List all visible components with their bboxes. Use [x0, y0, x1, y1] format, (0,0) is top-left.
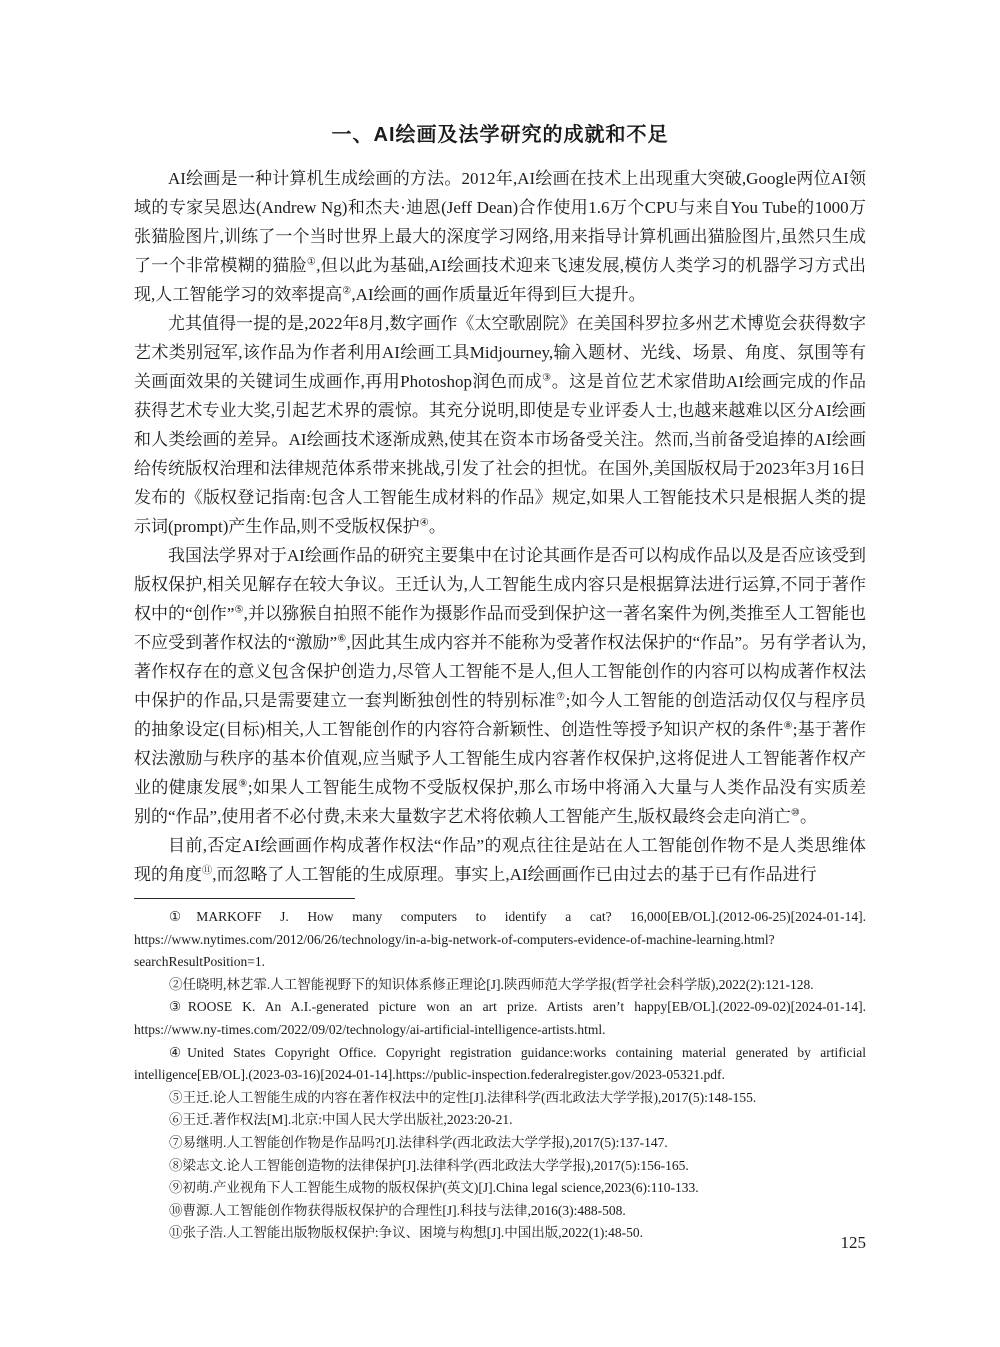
- page-number: 125: [841, 1233, 867, 1253]
- footnote-10: ⑩曹源.人工智能创作物获得版权保护的合理性[J].科技与法律,2016(3):4…: [134, 1200, 866, 1223]
- footnote-11: ⑪张子浩.人工智能出版物版权保护:争议、困境与构想[J].中国出版,2022(1…: [134, 1222, 866, 1245]
- footnote-1: ①MARKOFF J. How many computers to identi…: [134, 906, 866, 974]
- footnote-2: ②任晓明,林艺霏.人工智能视野下的知识体系修正理论[J].陕西师范大学学报(哲学…: [134, 974, 866, 997]
- footnote-separator: [134, 898, 355, 899]
- footnote-3: ③ROOSE K. An A.I.-generated picture won …: [134, 996, 866, 1041]
- footnotes-section: ①MARKOFF J. How many computers to identi…: [134, 906, 866, 1245]
- footnote-9: ⑨初萌.产业视角下人工智能生成物的版权保护(英文)[J].China legal…: [134, 1177, 866, 1200]
- footnote-8: ⑧梁志文.论人工智能创造物的法律保护[J].法律科学(西北政法大学学报),201…: [134, 1155, 866, 1178]
- footnote-4: ④United States Copyright Office. Copyrig…: [134, 1042, 866, 1087]
- footnote-6: ⑥王迁.著作权法[M].北京:中国人民大学出版社,2023:20-21.: [134, 1109, 866, 1132]
- body-paragraph-1: AI绘画是一种计算机生成绘画的方法。2012年,AI绘画在技术上出现重大突破,G…: [134, 164, 866, 309]
- article-body: AI绘画是一种计算机生成绘画的方法。2012年,AI绘画在技术上出现重大突破,G…: [134, 164, 866, 889]
- footnote-7: ⑦易继明.人工智能创作物是作品吗?[J].法律科学(西北政法大学学报),2017…: [134, 1132, 866, 1155]
- page-body: 一、AI绘画及法学研究的成就和不足 AI绘画是一种计算机生成绘画的方法。2012…: [134, 122, 866, 1245]
- section-heading: 一、AI绘画及法学研究的成就和不足: [134, 122, 866, 148]
- body-paragraph-3: 我国法学界对于AI绘画作品的研究主要集中在讨论其画作是否可以构成作品以及是否应该…: [134, 541, 866, 831]
- footnote-5: ⑤王迁.论人工智能生成的内容在著作权法中的定性[J].法律科学(西北政法大学学报…: [134, 1087, 866, 1110]
- body-paragraph-2: 尤其值得一提的是,2022年8月,数字画作《太空歌剧院》在美国科罗拉多州艺术博览…: [134, 309, 866, 541]
- body-paragraph-4: 目前,否定AI绘画画作构成著作权法“作品”的观点往往是站在人工智能创作物不是人类…: [134, 831, 866, 889]
